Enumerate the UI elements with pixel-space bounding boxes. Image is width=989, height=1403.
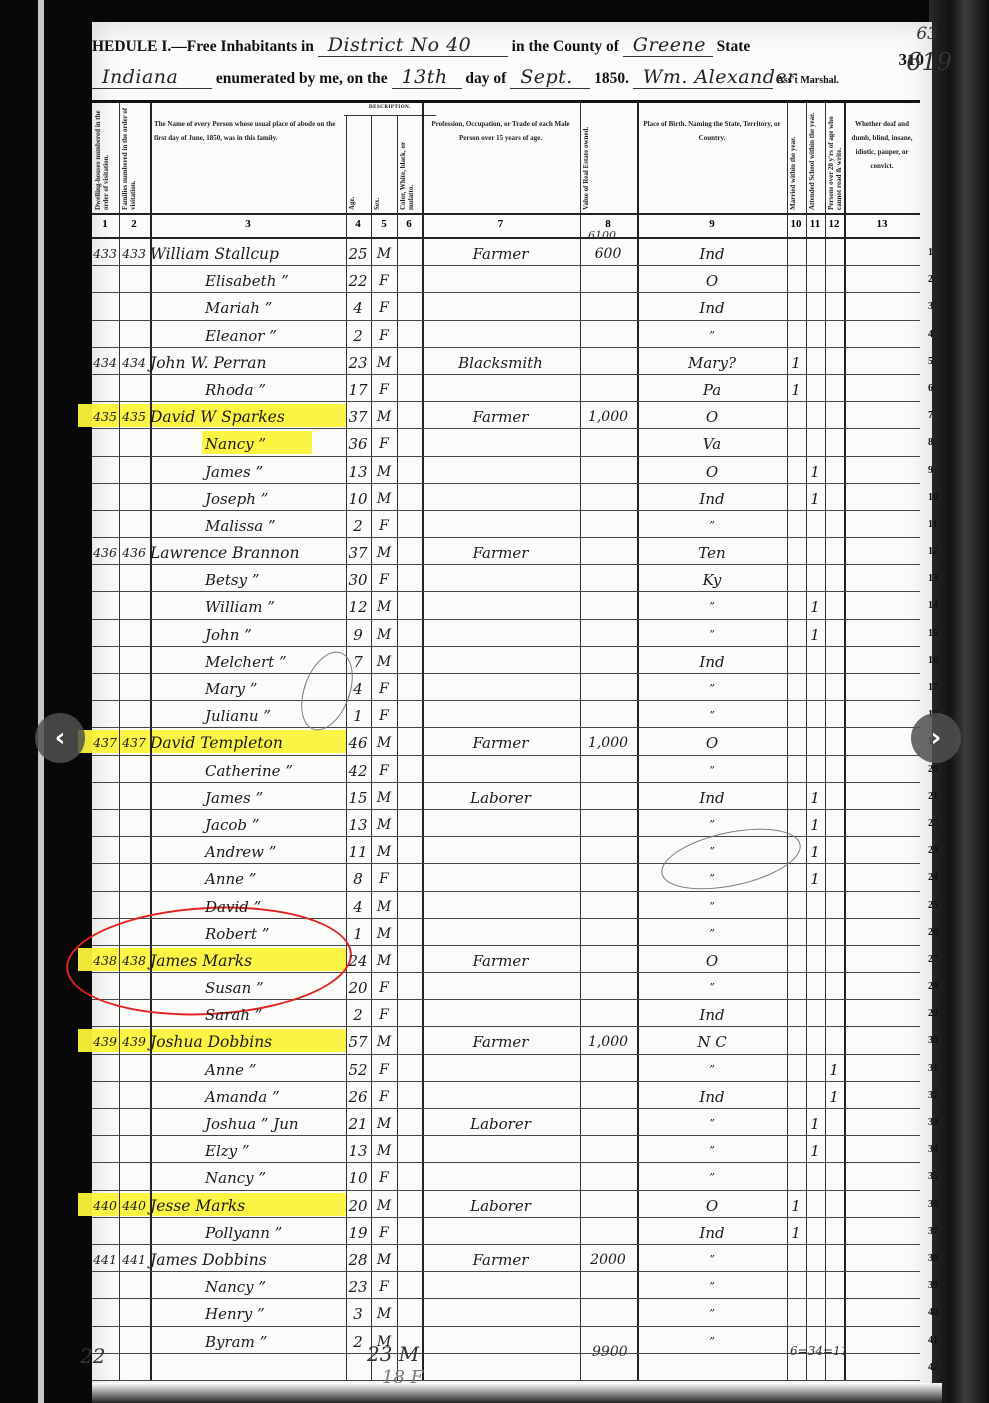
sex: F (371, 1055, 397, 1081)
dwelling-number (92, 1136, 118, 1162)
school-mark (806, 1354, 824, 1380)
person-name: Betsy ” (150, 565, 346, 591)
person-name: David W Sparkes (150, 402, 346, 428)
family-number (119, 266, 149, 292)
illiterate-mark (825, 429, 843, 455)
real-estate-value (580, 1109, 636, 1135)
married-mark (787, 1082, 805, 1108)
married-mark (787, 1354, 805, 1380)
real-estate-value (580, 946, 636, 972)
family-number (119, 837, 149, 863)
dwelling-number: 438 (92, 946, 118, 972)
birthplace: ” (637, 973, 787, 999)
dwelling-number (92, 457, 118, 483)
real-estate-value (580, 892, 636, 918)
occupation (422, 1272, 579, 1298)
dwelling-number: 433 (92, 239, 118, 265)
line-number: 1 (928, 247, 933, 258)
birthplace: ” (637, 1327, 787, 1353)
birthplace: Mary? (637, 348, 787, 374)
illiterate-mark (825, 1299, 843, 1325)
sex: F (371, 511, 397, 537)
real-estate-value (580, 348, 636, 374)
school-mark (806, 1055, 824, 1081)
birthplace: ” (637, 1299, 787, 1325)
family-number (119, 1109, 149, 1135)
line-number: 33 (928, 1117, 938, 1128)
sex: M (371, 647, 397, 673)
person-name: Rhoda ” (150, 375, 346, 401)
dwelling-number (92, 1109, 118, 1135)
age: 28 (346, 1245, 370, 1271)
married-mark (787, 1109, 805, 1135)
person-name: David Templeton (150, 728, 346, 754)
sex: F (371, 674, 397, 700)
family-number: 435 (119, 402, 149, 428)
dwelling-number (92, 1327, 118, 1353)
line-number: 3 (928, 301, 933, 312)
table-row: 437437David Templeton46MFarmer1,000O19 (92, 728, 920, 755)
sex: M (371, 538, 397, 564)
birthplace: Va (637, 429, 787, 455)
column-number-9: 9 (637, 218, 787, 230)
school-mark (806, 756, 824, 782)
married-mark (787, 1272, 805, 1298)
family-number (119, 293, 149, 319)
line-number: 6 (928, 383, 933, 394)
illiterate-mark (825, 1218, 843, 1244)
married-mark (787, 1000, 805, 1026)
scan-bottom-edge (92, 1383, 942, 1403)
family-number: 440 (119, 1191, 149, 1217)
line-number: 11 (928, 519, 937, 530)
birthplace: ” (637, 321, 787, 347)
birthplace: Ind (637, 783, 787, 809)
real-estate-value (580, 538, 636, 564)
illiterate-mark (825, 701, 843, 727)
sex: M (371, 1327, 397, 1353)
line-number: 32 (928, 1090, 938, 1101)
person-name: James ” (150, 783, 346, 809)
married-mark (787, 973, 805, 999)
line-number: 22 (928, 818, 938, 829)
table-row: James ”13MO19 (92, 457, 920, 484)
age: 2 (346, 321, 370, 347)
table-row: Jacob ”13M”122 (92, 810, 920, 837)
school-mark (806, 946, 824, 972)
family-number (119, 565, 149, 591)
family-number (119, 1163, 149, 1189)
dwelling-number (92, 783, 118, 809)
married-mark (787, 1027, 805, 1053)
school-mark (806, 892, 824, 918)
family-number (119, 429, 149, 455)
person-name: William ” (150, 592, 346, 618)
illiterate-mark (825, 565, 843, 591)
school-mark (806, 1299, 824, 1325)
birthplace: ” (637, 1272, 787, 1298)
family-number (119, 620, 149, 646)
real-estate-value (580, 1082, 636, 1108)
married-mark (787, 1136, 805, 1162)
illiterate-mark (825, 892, 843, 918)
married-mark (787, 402, 805, 428)
age: 2 (346, 511, 370, 537)
table-row: Joseph ”10MInd110 (92, 484, 920, 511)
census-table: DESCRIPTION. Dwelling-houses numbered in… (92, 100, 920, 1381)
illiterate-mark (825, 266, 843, 292)
real-estate-value (580, 1272, 636, 1298)
real-estate-value (580, 565, 636, 591)
line-number: 39 (928, 1280, 938, 1291)
married-mark (787, 538, 805, 564)
illiterate-mark (825, 538, 843, 564)
column-header-11: Attended School within the year. (806, 103, 824, 213)
dwelling-number: 439 (92, 1027, 118, 1053)
occupation (422, 837, 579, 863)
line-number: 25 (928, 900, 938, 911)
line-number: 36 (928, 1199, 938, 1210)
birthplace: O (637, 266, 787, 292)
real-estate-value (580, 1327, 636, 1353)
dwelling-number (92, 864, 118, 890)
illiterate-mark (825, 321, 843, 347)
family-number: 439 (119, 1027, 149, 1053)
married-mark: 1 (787, 348, 805, 374)
line-number: 16 (928, 655, 938, 666)
line-number: 31 (928, 1063, 938, 1074)
illiterate-mark (825, 511, 843, 537)
illiterate-mark (825, 1354, 843, 1380)
person-name: Lawrence Brannon (150, 538, 346, 564)
married-mark (787, 810, 805, 836)
sex: F (371, 1000, 397, 1026)
line-number: 14 (928, 600, 938, 611)
family-number (119, 674, 149, 700)
occupation (422, 701, 579, 727)
occupation: Laborer (422, 1191, 579, 1217)
birthplace: O (637, 1191, 787, 1217)
married-mark (787, 457, 805, 483)
sex: F (371, 293, 397, 319)
column-header-9: Place of Birth. Naming the State, Territ… (637, 103, 787, 213)
age: 19 (346, 1218, 370, 1244)
school-mark (806, 1272, 824, 1298)
illiterate-mark (825, 1163, 843, 1189)
real-estate-value (580, 837, 636, 863)
married-mark (787, 837, 805, 863)
sex: M (371, 919, 397, 945)
person-name: James Marks (150, 946, 346, 972)
illiterate-mark (825, 1136, 843, 1162)
age: 10 (346, 484, 370, 510)
real-estate-value: 1,000 (580, 728, 636, 754)
sex: M (371, 1109, 397, 1135)
dwelling-number: 441 (92, 1245, 118, 1271)
dwelling-number (92, 1000, 118, 1026)
school-mark (806, 701, 824, 727)
column-header-13: Whether deaf and dumb, blind, insane, id… (844, 103, 920, 213)
married-mark (787, 783, 805, 809)
family-number: 437 (119, 728, 149, 754)
sex: M (371, 837, 397, 863)
census-rows: 433433William Stallcup25MFarmer600Ind1El… (92, 239, 920, 1381)
dwelling-number (92, 620, 118, 646)
age: 46 (346, 728, 370, 754)
sex: M (371, 1027, 397, 1053)
column-header-12: Persons over 20 y'rs of age who cannot r… (825, 103, 843, 213)
married-mark (787, 864, 805, 890)
real-estate-value (580, 429, 636, 455)
occupation (422, 1055, 579, 1081)
table-row: 42 (92, 1354, 920, 1381)
sex: F (371, 1082, 397, 1108)
birthplace: O (637, 457, 787, 483)
dwelling-number (92, 484, 118, 510)
sex: M (371, 592, 397, 618)
age: 4 (346, 892, 370, 918)
person-name: Elisabeth ” (150, 266, 346, 292)
column-header-6: Color, White, black, or mulatto. (397, 117, 421, 213)
line-number: 35 (928, 1171, 938, 1182)
school-mark (806, 429, 824, 455)
state-label: State (717, 38, 751, 55)
occupation (422, 429, 579, 455)
table-row: Andrew ”11M”123 (92, 837, 920, 864)
age: 2 (346, 1000, 370, 1026)
column-number-12: 12 (825, 218, 843, 230)
dwelling-number (92, 1055, 118, 1081)
column-header-3: The Name of every Person whose usual pla… (150, 103, 346, 213)
real-estate-value (580, 701, 636, 727)
family-number (119, 973, 149, 999)
illiterate-mark (825, 1027, 843, 1053)
occupation: Farmer (422, 402, 579, 428)
person-name: James ” (150, 457, 346, 483)
occupation (422, 810, 579, 836)
married-mark (787, 1055, 805, 1081)
age: 24 (346, 946, 370, 972)
previous-image-button[interactable]: ‹ (35, 713, 85, 763)
illiterate-mark (825, 375, 843, 401)
school-mark (806, 1218, 824, 1244)
sex: M (371, 946, 397, 972)
table-row: 438438James Marks24MFarmerO27 (92, 946, 920, 973)
occupation (422, 511, 579, 537)
age: 20 (346, 973, 370, 999)
birthplace: Pa (637, 375, 787, 401)
family-number (119, 783, 149, 809)
table-row: Nancy ”23F”39 (92, 1272, 920, 1299)
married-mark (787, 1163, 805, 1189)
person-name: Malissa ” (150, 511, 346, 537)
person-name: John W. Perran (150, 348, 346, 374)
family-number (119, 756, 149, 782)
column-number-6: 6 (397, 218, 421, 230)
occupation: Laborer (422, 783, 579, 809)
birthplace: Ind (637, 1082, 787, 1108)
real-estate-value (580, 810, 636, 836)
age: 42 (346, 756, 370, 782)
column-header-5: Sex. (371, 117, 397, 213)
dwelling-number (92, 266, 118, 292)
real-estate-value: 1,000 (580, 1027, 636, 1053)
married-mark (787, 429, 805, 455)
birthplace: Ind (637, 1218, 787, 1244)
line-number: 15 (928, 628, 938, 639)
illiterate-mark (825, 919, 843, 945)
birthplace: ” (637, 864, 787, 890)
sex: M (371, 728, 397, 754)
district: District No 40 (318, 34, 508, 57)
birthplace: Ind (637, 239, 787, 265)
occupation (422, 1299, 579, 1325)
dwelling-number: 440 (92, 1191, 118, 1217)
person-name: Nancy ” (150, 1272, 346, 1298)
occupation (422, 919, 579, 945)
person-name: Nancy ” (150, 429, 346, 455)
illiterate-mark (825, 674, 843, 700)
real-estate-value (580, 919, 636, 945)
illiterate-mark (825, 402, 843, 428)
line-number: 21 (928, 791, 938, 802)
age: 9 (346, 620, 370, 646)
person-name: Jesse Marks (150, 1191, 346, 1217)
sex: M (371, 620, 397, 646)
person-name: Eleanor ” (150, 321, 346, 347)
birthplace: Ind (637, 1000, 787, 1026)
age: 13 (346, 1136, 370, 1162)
year: 1850. (594, 70, 629, 87)
dwelling-number (92, 321, 118, 347)
dwelling-number (92, 375, 118, 401)
line-number: 2 (928, 274, 933, 285)
real-estate-value (580, 756, 636, 782)
school-mark (806, 647, 824, 673)
person-name: James Dobbins (150, 1245, 346, 1271)
school-mark: 1 (806, 837, 824, 863)
family-number (119, 647, 149, 673)
page-number-hand: 63 (916, 24, 938, 44)
real-estate-value: 1,000 (580, 402, 636, 428)
line-number: 40 (928, 1307, 938, 1318)
occupation (422, 1163, 579, 1189)
school-mark: 1 (806, 620, 824, 646)
sex: M (371, 457, 397, 483)
table-row: Byram ”2M”41 (92, 1327, 920, 1354)
occupation (422, 674, 579, 700)
occupation (422, 756, 579, 782)
age: 3 (346, 1299, 370, 1325)
dwelling-number (92, 810, 118, 836)
illiterate-mark (825, 1000, 843, 1026)
table-row: Anne ”8F”124 (92, 864, 920, 891)
sex: M (371, 1191, 397, 1217)
school-mark (806, 728, 824, 754)
sex: M (371, 810, 397, 836)
sex: F (371, 266, 397, 292)
chevron-left-icon: ‹ (55, 723, 66, 753)
illiterate-mark (825, 973, 843, 999)
married-mark (787, 674, 805, 700)
school-mark (806, 1327, 824, 1353)
column-number-4: 4 (346, 218, 370, 230)
sex: F (371, 1163, 397, 1189)
real-estate-value (580, 864, 636, 890)
dwelling-number: 436 (92, 538, 118, 564)
occupation (422, 864, 579, 890)
column-header-4: Age. (346, 117, 370, 213)
occupation (422, 266, 579, 292)
married-mark (787, 484, 805, 510)
age: 57 (346, 1027, 370, 1053)
real-estate-value (580, 1163, 636, 1189)
table-row: Betsy ”30FKy13 (92, 565, 920, 592)
family-number (119, 892, 149, 918)
column-number-7: 7 (422, 218, 579, 230)
table-row: Eleanor ”2F”4 (92, 321, 920, 348)
person-name: Joseph ” (150, 484, 346, 510)
sex: M (371, 484, 397, 510)
column-number-5: 5 (371, 218, 397, 230)
occupation (422, 293, 579, 319)
family-number: 434 (119, 348, 149, 374)
real-estate-value (580, 1055, 636, 1081)
birthplace: ” (637, 919, 787, 945)
family-number (119, 919, 149, 945)
family-number (119, 864, 149, 890)
sex: M (371, 1136, 397, 1162)
age: 23 (346, 1272, 370, 1298)
illiterate-mark (825, 810, 843, 836)
table-row: 440440Jesse Marks20MLaborerO136 (92, 1191, 920, 1218)
occupation: Farmer (422, 538, 579, 564)
age: 37 (346, 538, 370, 564)
next-image-button[interactable]: › (911, 713, 961, 763)
enumerated-label: enumerated by me, on the (216, 70, 388, 87)
person-name: Jacob ” (150, 810, 346, 836)
line-number: 8 (928, 437, 933, 448)
dwelling-number (92, 1272, 118, 1298)
column-headers: DESCRIPTION. Dwelling-houses numbered in… (92, 103, 920, 215)
age: 21 (346, 1109, 370, 1135)
sex: F (371, 756, 397, 782)
birthplace: ” (637, 1163, 787, 1189)
family-number (119, 1327, 149, 1353)
dwelling-number (92, 701, 118, 727)
table-row: Nancy ”10F”35 (92, 1163, 920, 1190)
line-number: 9 (928, 465, 933, 476)
family-number: 438 (119, 946, 149, 972)
age: 22 (346, 266, 370, 292)
real-estate-value: 2000 (580, 1245, 636, 1271)
age: 20 (346, 1191, 370, 1217)
sex: M (371, 1299, 397, 1325)
real-estate-value (580, 511, 636, 537)
person-name: Melchert ” (150, 647, 346, 673)
person-name: Catherine ” (150, 756, 346, 782)
occupation: Farmer (422, 239, 579, 265)
table-row: John ”9M”115 (92, 620, 920, 647)
age: 13 (346, 810, 370, 836)
real-estate-value (580, 973, 636, 999)
illiterate-mark (825, 592, 843, 618)
column-header-10: Married within the year. (787, 103, 805, 213)
illiterate-mark: 1 (825, 1055, 843, 1081)
birthplace: Ind (637, 484, 787, 510)
line-number: 38 (928, 1253, 938, 1264)
birthplace: ” (637, 620, 787, 646)
